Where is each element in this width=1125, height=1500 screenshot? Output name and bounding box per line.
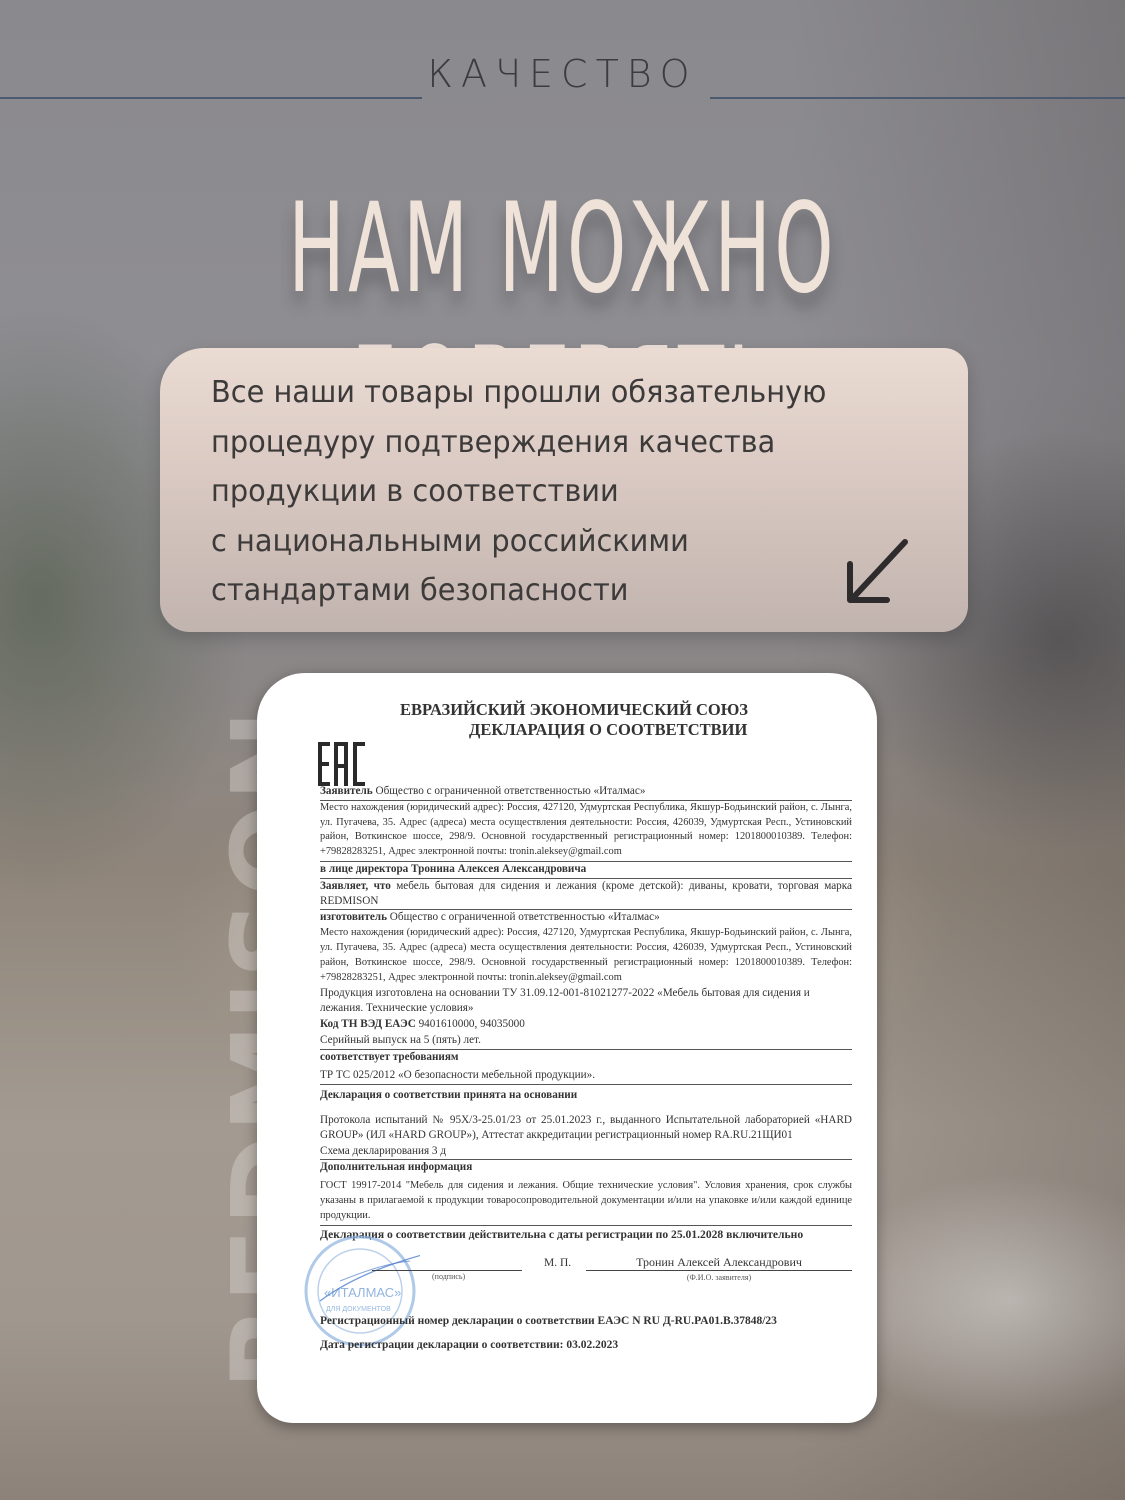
signature-line	[372, 1270, 522, 1271]
certificate-body: Заявитель Общество с ограниченной ответс…	[320, 784, 852, 1242]
certificate-title-line1: ЕВРАЗИЙСКИЙ ЭКОНОМИЧЕСКИЙ СОЮЗ	[257, 700, 877, 720]
produced-basis: Продукция изготовлена на основании ТУ 31…	[320, 986, 852, 1017]
registration-number: Регистрационный номер декларации о соотв…	[320, 1315, 777, 1327]
company-seal-icon: «ИТАЛМАС» ДЛЯ ДОКУМЕНТОВ	[300, 1231, 420, 1351]
signer-caption: (Ф.И.О. заявителя)	[586, 1273, 852, 1282]
divider-left	[0, 97, 422, 99]
declares-row: Заявляет, что мебель бытовая для сидения…	[320, 879, 852, 911]
applicant-row: Заявитель Общество с ограниченной ответс…	[320, 784, 852, 801]
stamp-mark: М. П.	[544, 1257, 571, 1269]
additional-text: ГОСТ 19917-2014 "Мебель для сидения и ле…	[320, 1179, 852, 1225]
conforms-text: ТР ТС 025/2012 «О безопасности мебельной…	[320, 1068, 852, 1085]
basis-text: Протокола испытаний № 95Х/3-25.01/23 от …	[320, 1113, 852, 1144]
applicant-name: Общество с ограниченной ответственностью…	[373, 785, 646, 797]
info-line: продукции в соответствии	[211, 467, 902, 517]
certificate-title-line2: ДЕКЛАРАЦИЯ О СООТВЕТСТВИИ	[257, 720, 877, 740]
info-text: Все наши товары прошли обязательную проц…	[211, 368, 902, 616]
info-line: стандартами безопасности	[211, 566, 902, 616]
eac-logo-icon	[318, 742, 366, 786]
svg-text:ДЛЯ ДОКУМЕНТОВ: ДЛЯ ДОКУМЕНТОВ	[326, 1306, 391, 1313]
info-line: процедуру подтверждения качества	[211, 418, 902, 468]
info-line: Все наши товары прошли обязательную	[211, 368, 902, 418]
svg-text:«ИТАЛМАС»: «ИТАЛМАС»	[324, 1285, 401, 1300]
declaration-certificate: ЕВРАЗИЙСКИЙ ЭКОНОМИЧЕСКИЙ СОЮЗ ДЕКЛАРАЦИ…	[257, 673, 877, 1423]
signature-caption: (подпись)	[432, 1272, 465, 1281]
divider-right	[710, 97, 1125, 99]
serial-row: Серийный выпуск на 5 (пять) лет.	[320, 1033, 852, 1050]
additional-label: Дополнительная информация	[320, 1160, 852, 1176]
info-line: с национальными российскими	[211, 517, 902, 567]
manufacturer-row: изготовитель Общество с ограниченной отв…	[320, 910, 852, 926]
basis-label: Декларация о соответствии принята на осн…	[320, 1088, 852, 1104]
signer-line	[586, 1270, 852, 1271]
signature-area: «ИТАЛМАС» ДЛЯ ДОКУМЕНТОВ (подпись) М. П.…	[320, 1251, 852, 1341]
conforms-label: соответствует требованиям	[320, 1050, 852, 1066]
director-row: в лице директора Тронина Алексея Алексан…	[320, 862, 852, 879]
arrow-down-left-icon	[843, 536, 911, 608]
info-card: Все наши товары прошли обязательную проц…	[160, 348, 968, 632]
registration-date: Дата регистрации декларации о соответств…	[320, 1339, 618, 1351]
signer-name: Тронин Алексей Александрович	[586, 1255, 852, 1270]
hs-code-row: Код ТН ВЭД ЕАЭС 9401610000, 94035000	[320, 1017, 852, 1033]
manufacturer-address: Место нахождения (юридический адрес): Ро…	[320, 926, 852, 986]
scheme-row: Схема декларирования 3 д	[320, 1144, 852, 1161]
section-kicker: КАЧЕСТВО	[0, 52, 1125, 96]
applicant-address: Место нахождения (юридический адрес): Ро…	[320, 801, 852, 862]
certificate-title: ЕВРАЗИЙСКИЙ ЭКОНОМИЧЕСКИЙ СОЮЗ ДЕКЛАРАЦИ…	[257, 700, 877, 740]
